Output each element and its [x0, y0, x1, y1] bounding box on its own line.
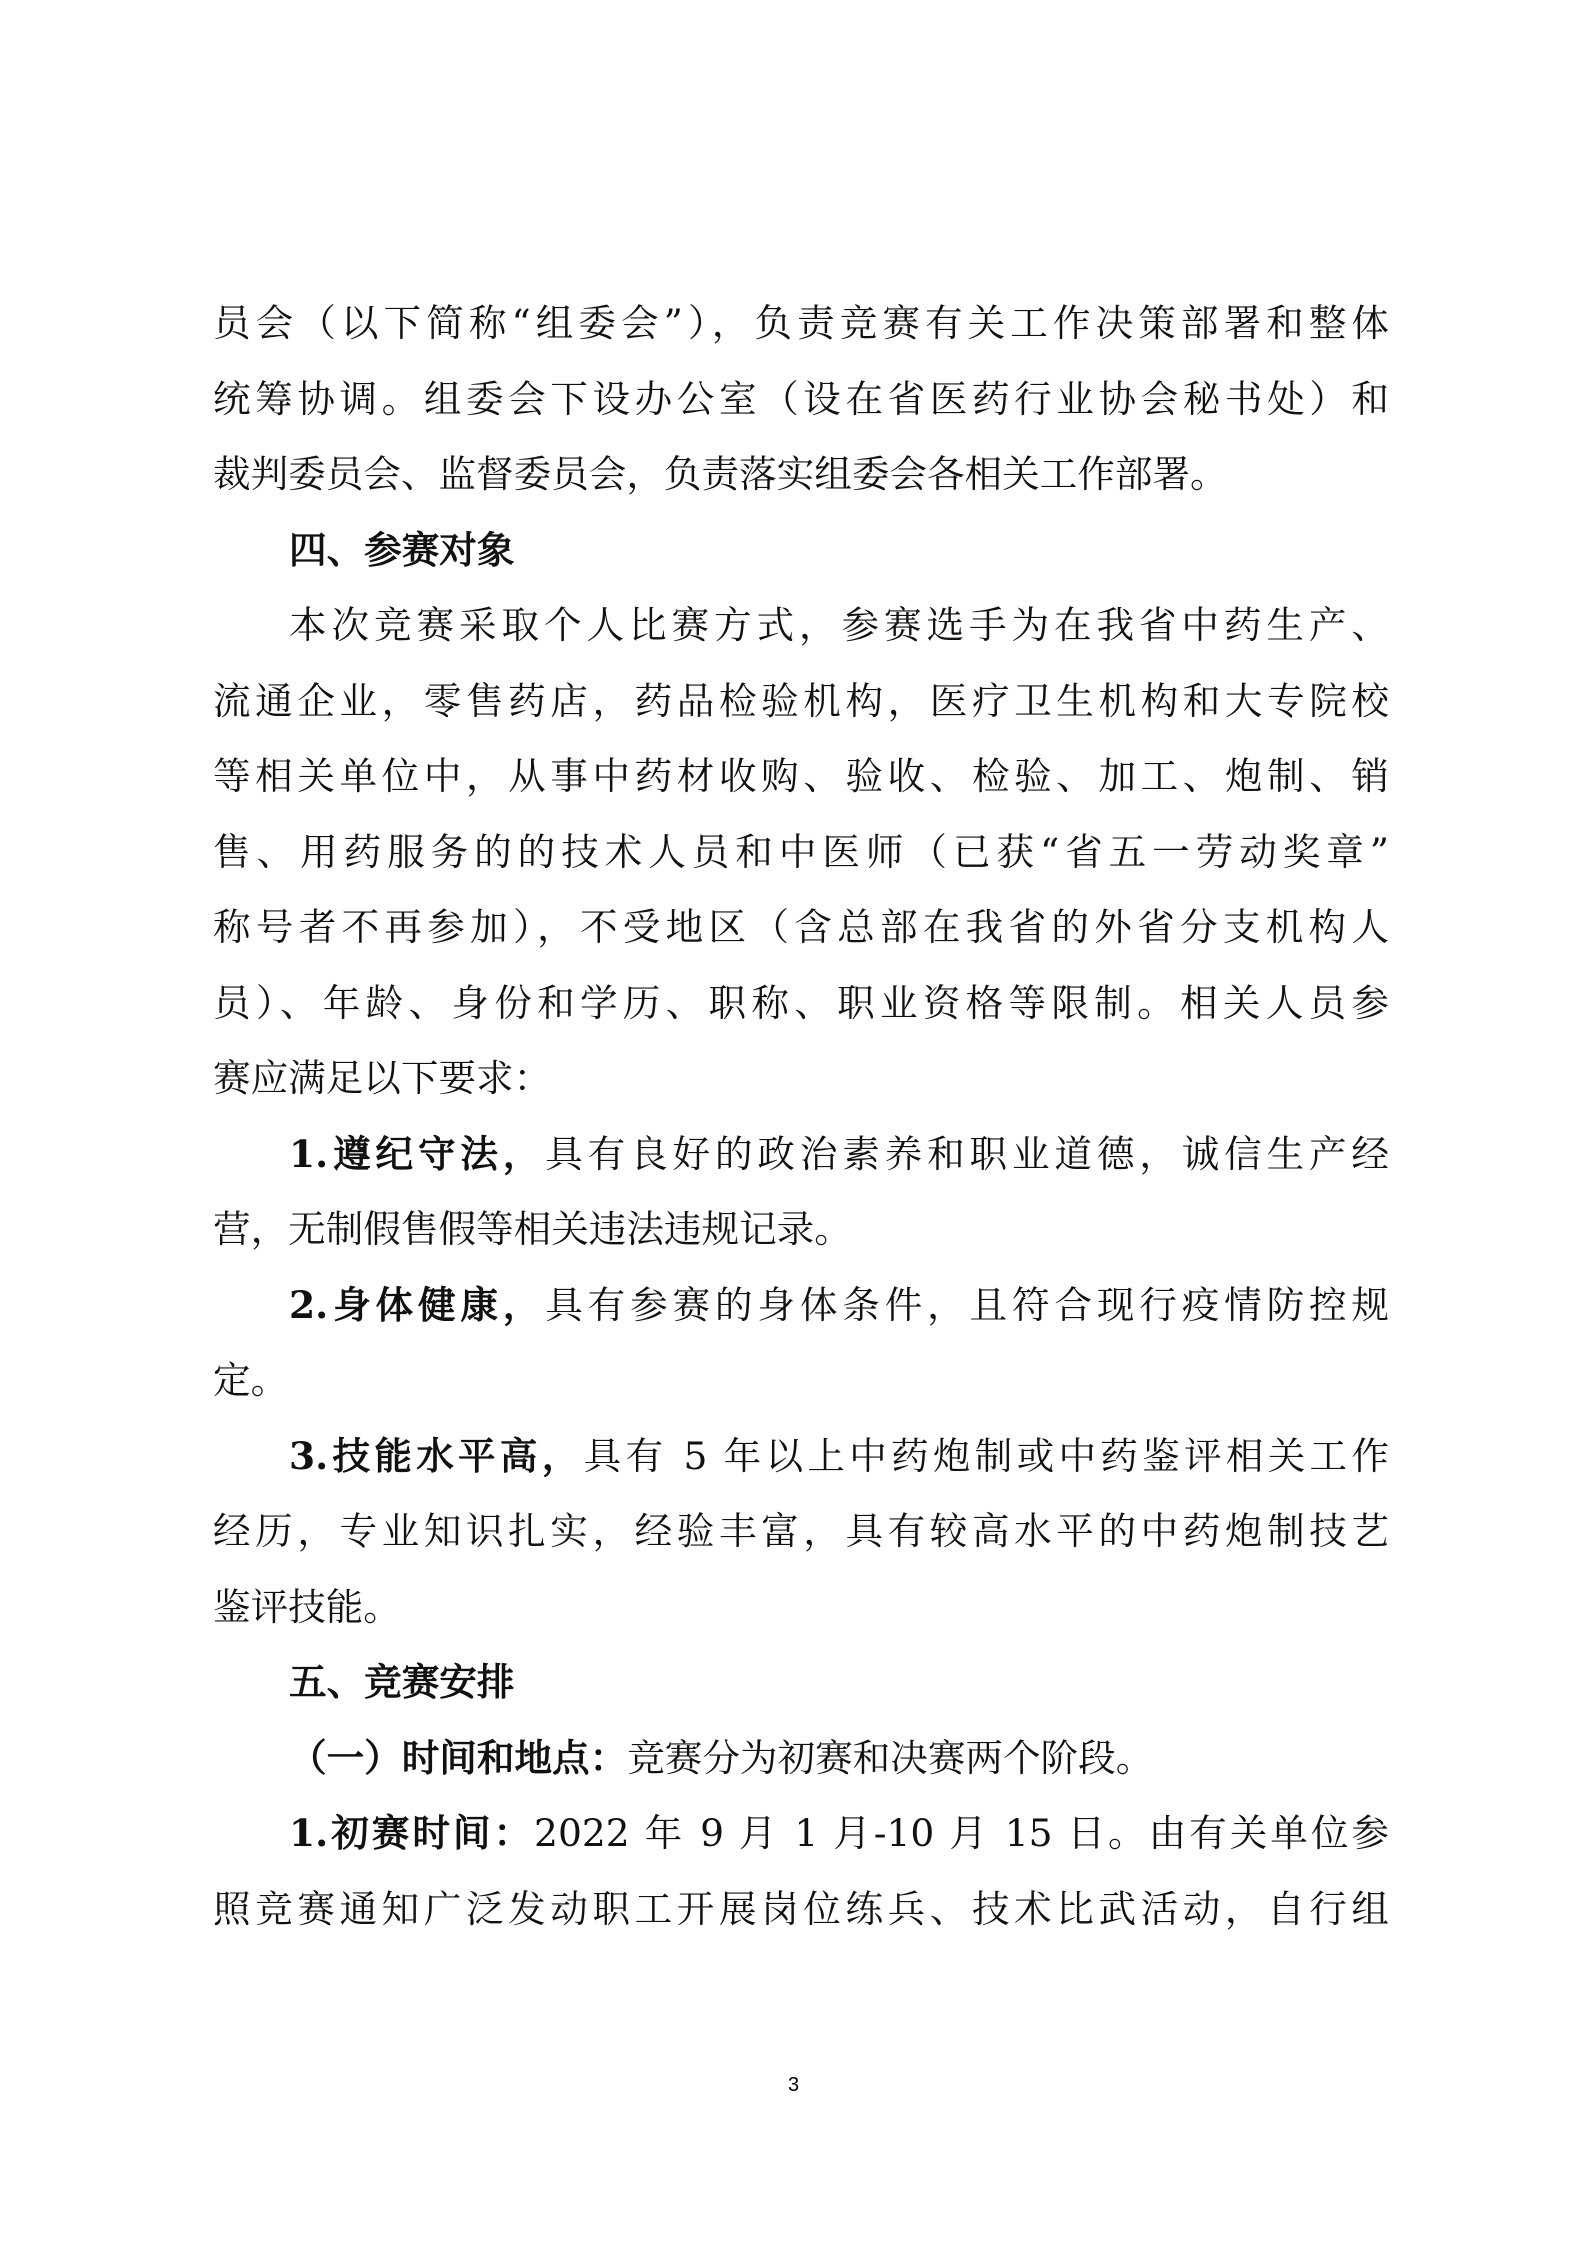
paragraph-line: 本次竞赛采取个人比赛方式，参赛选手为在我省中药生产、: [213, 588, 1389, 664]
preliminary-time-item: 1.初赛时间：2022 年 9 月 1 月-10 月 15 日。由有关单位参: [213, 1796, 1389, 1872]
requirement-text: 具有 5 年以上中药炮制或中药鉴评相关工作: [584, 1434, 1389, 1478]
page-number: 3: [0, 2074, 1587, 2097]
paragraph-line: 售、用药服务的的技术人员和中医师（已获“省五一劳动奖章”: [213, 815, 1389, 891]
subsection-text: 竞赛分为初赛和决赛两个阶段。: [627, 1736, 1153, 1780]
paragraph-line: 营，无制假售假等相关违法违规记录。: [213, 1192, 1389, 1268]
document-page: 员会（以下简称“组委会”），负责竞赛有关工作决策部署和整体 统筹协调。组委会下设…: [213, 286, 1389, 1947]
requirement-item-3: 3.技能水平高，具有 5 年以上中药炮制或中药鉴评相关工作: [213, 1419, 1389, 1495]
paragraph-line: 赛应满足以下要求：: [213, 1041, 1389, 1117]
paragraph-line: 经历，专业知识扎实，经验丰富，具有较高水平的中药炮制技艺: [213, 1494, 1389, 1570]
requirement-text: 具有良好的政治素养和职业道德，诚信生产经: [545, 1132, 1389, 1176]
item-title: 1.初赛时间：: [289, 1811, 534, 1855]
paragraph-line: 员会（以下简称“组委会”），负责竞赛有关工作决策部署和整体: [213, 286, 1389, 362]
paragraph-line: 统筹协调。组委会下设办公室（设在省医药行业协会秘书处）和: [213, 362, 1389, 438]
requirement-item-1: 1.遵纪守法，具有良好的政治素养和职业道德，诚信生产经: [213, 1117, 1389, 1193]
section-heading-arrangements: 五、竞赛安排: [213, 1645, 1389, 1721]
paragraph-line: 裁判委员会、监督委员会，负责落实组委会各相关工作部署。: [213, 437, 1389, 513]
paragraph-line: 称号者不再参加），不受地区（含总部在我省的外省分支机构人: [213, 890, 1389, 966]
requirement-text: 具有参赛的身体条件，且符合现行疫情防控规: [545, 1283, 1389, 1327]
requirement-item-2: 2.身体健康，具有参赛的身体条件，且符合现行疫情防控规: [213, 1268, 1389, 1344]
paragraph-line: 流通企业，零售药店，药品检验机构，医疗卫生机构和大专院校: [213, 664, 1389, 740]
item-text: 2022 年 9 月 1 月-10 月 15 日。由有关单位参: [534, 1811, 1389, 1855]
requirement-title: 2.身体健康，: [289, 1283, 545, 1327]
subsection-title: （一）时间和地点：: [289, 1736, 627, 1780]
subsection-time-location: （一）时间和地点：竞赛分为初赛和决赛两个阶段。: [213, 1721, 1389, 1797]
section-heading-participants: 四、参赛对象: [213, 513, 1389, 589]
paragraph-line: 员）、年龄、身份和学历、职称、职业资格等限制。相关人员参: [213, 966, 1389, 1042]
paragraph-line: 鉴评技能。: [213, 1570, 1389, 1646]
paragraph-line: 照竞赛通知广泛发动职工开展岗位练兵、技术比武活动，自行组: [213, 1872, 1389, 1948]
requirement-title: 1.遵纪守法，: [289, 1132, 545, 1176]
paragraph-line: 定。: [213, 1343, 1389, 1419]
requirement-title: 3.技能水平高，: [289, 1434, 584, 1478]
paragraph-line: 等相关单位中，从事中药材收购、验收、检验、加工、炮制、销: [213, 739, 1389, 815]
